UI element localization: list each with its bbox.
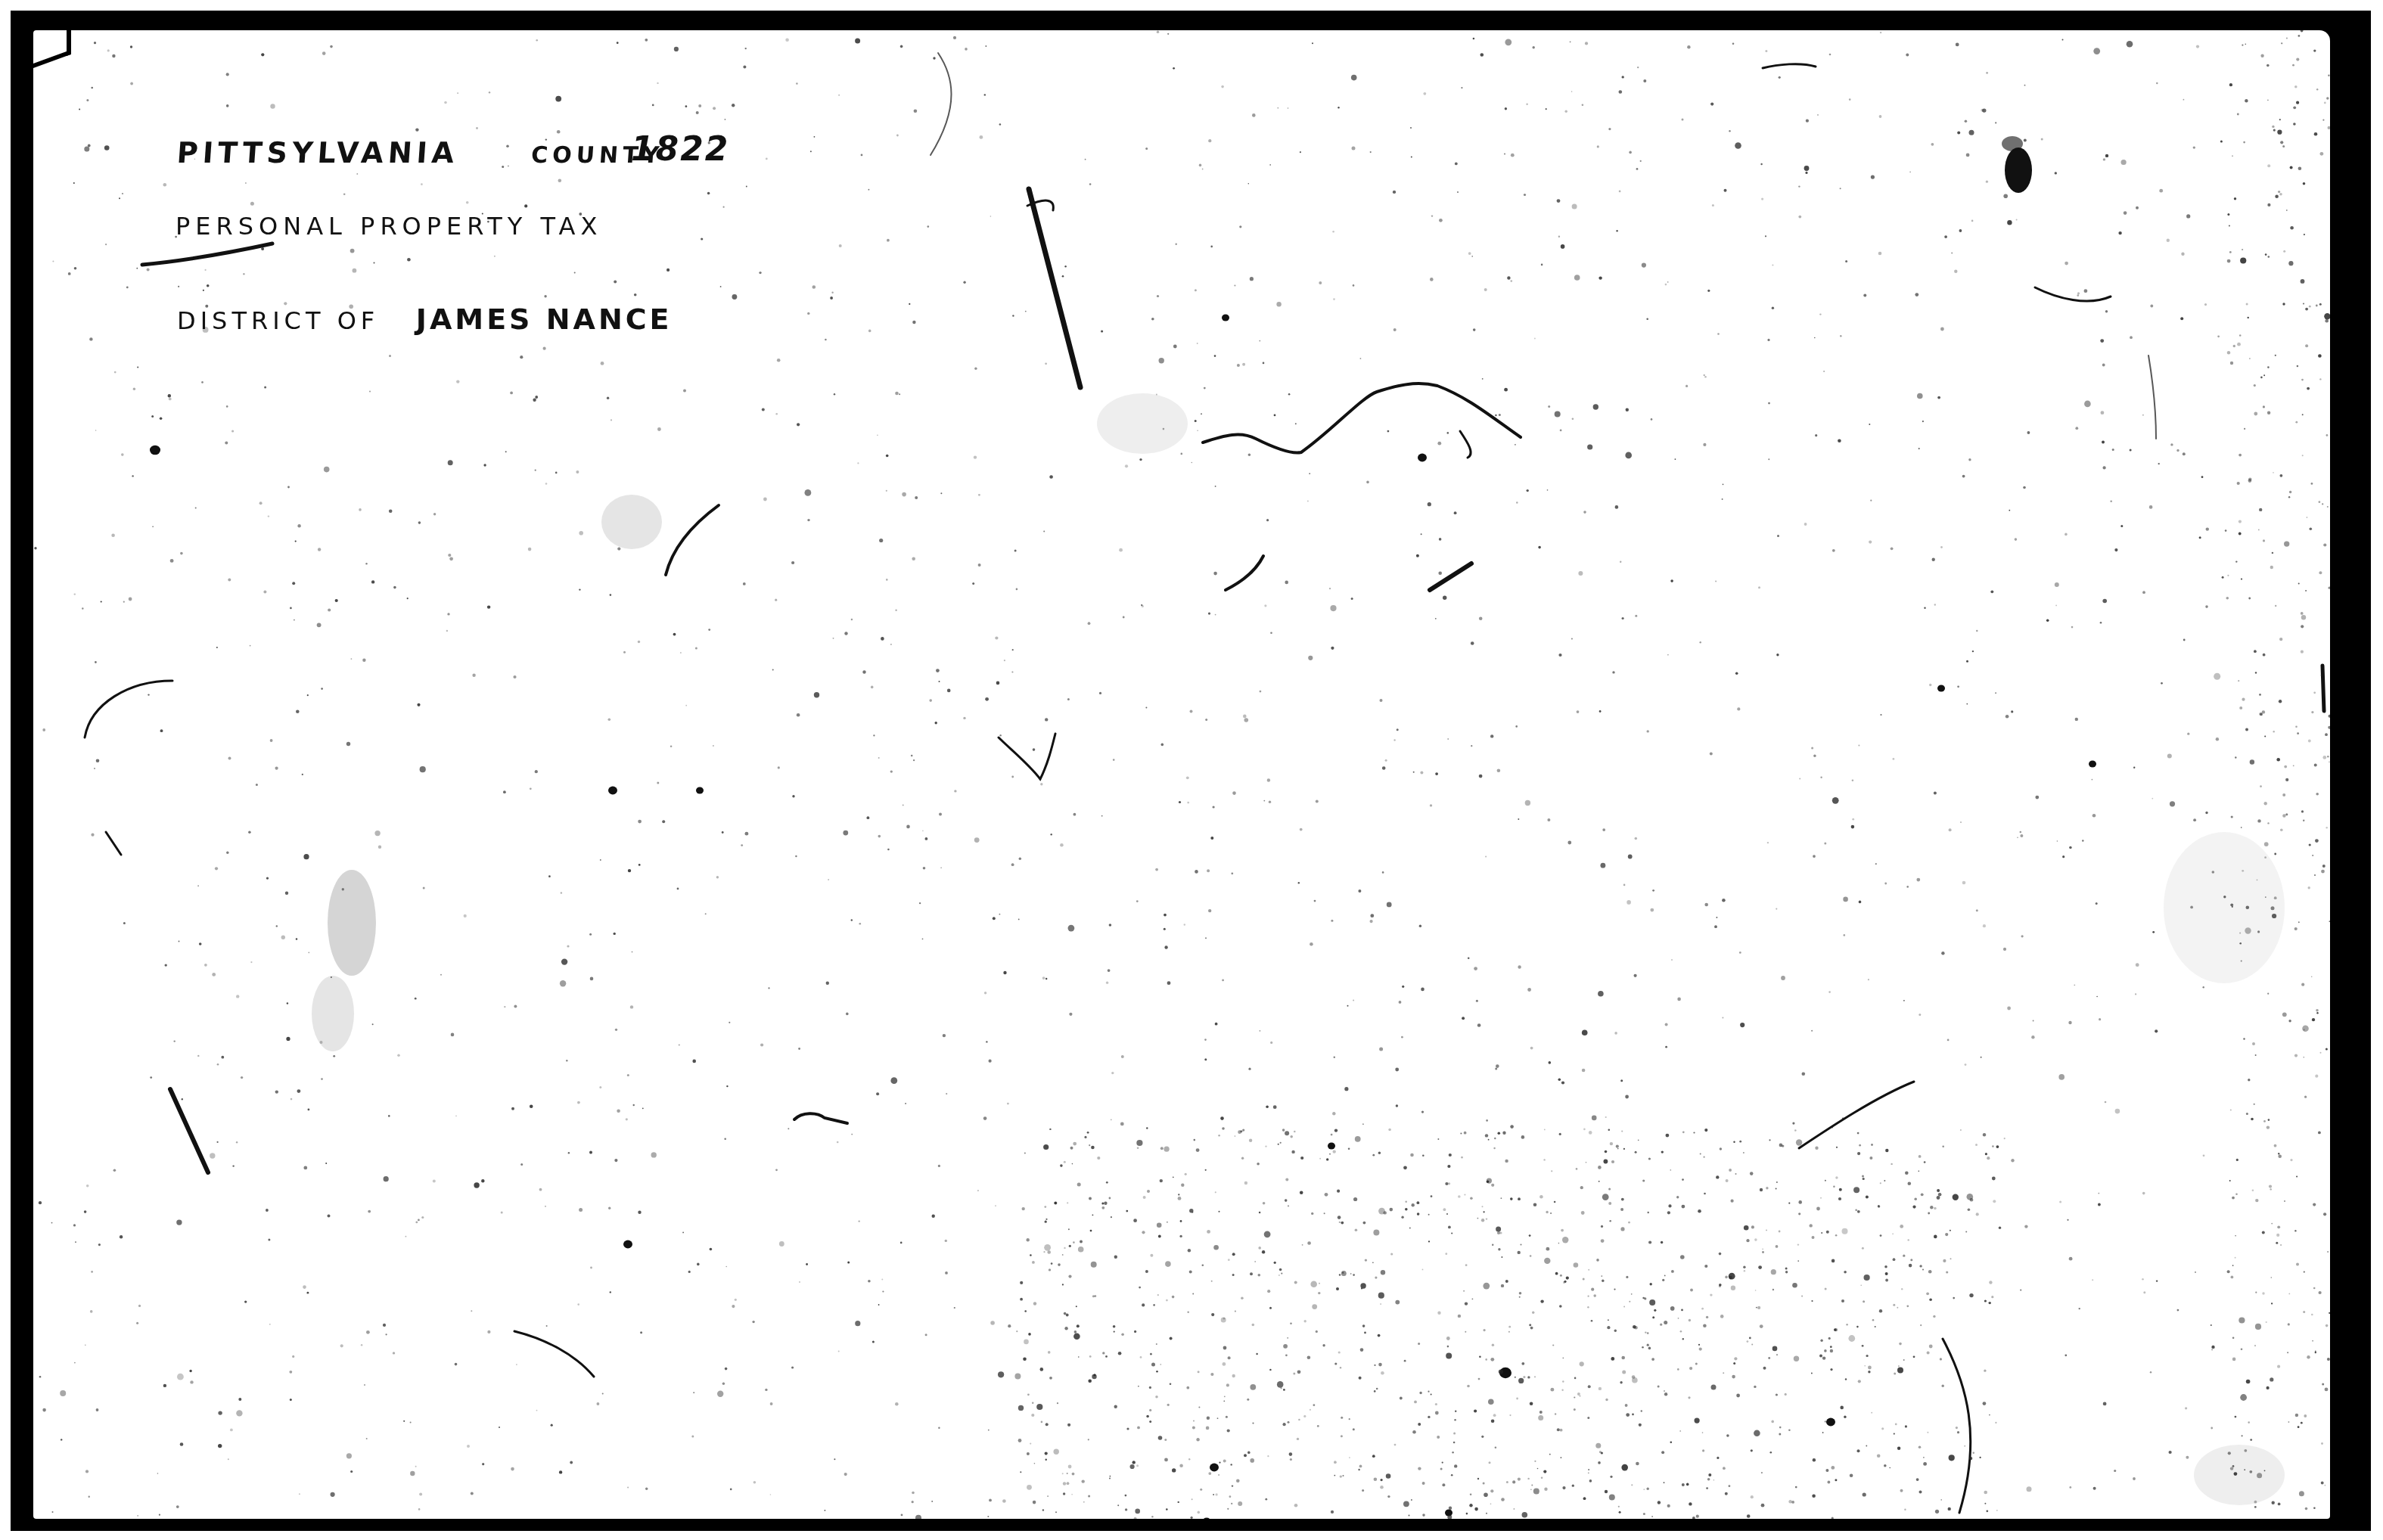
year-label: 1822: [631, 130, 729, 169]
card-surface: Pittsylvania County 1822 Personal Proper…: [33, 30, 2330, 1519]
scanned-document: Pittsylvania County 1822 Personal Proper…: [0, 0, 2383, 1540]
tax-title: Personal Property Tax: [176, 212, 602, 241]
district-name: James Nance: [416, 303, 673, 336]
dust-and-fiber-artifacts: [33, 30, 2330, 1519]
county-name: Pittsylvania: [176, 136, 459, 169]
district-line: District of James Nance: [177, 303, 673, 336]
county-heading: Pittsylvania County: [176, 136, 665, 169]
district-prefix: District of: [177, 306, 379, 335]
